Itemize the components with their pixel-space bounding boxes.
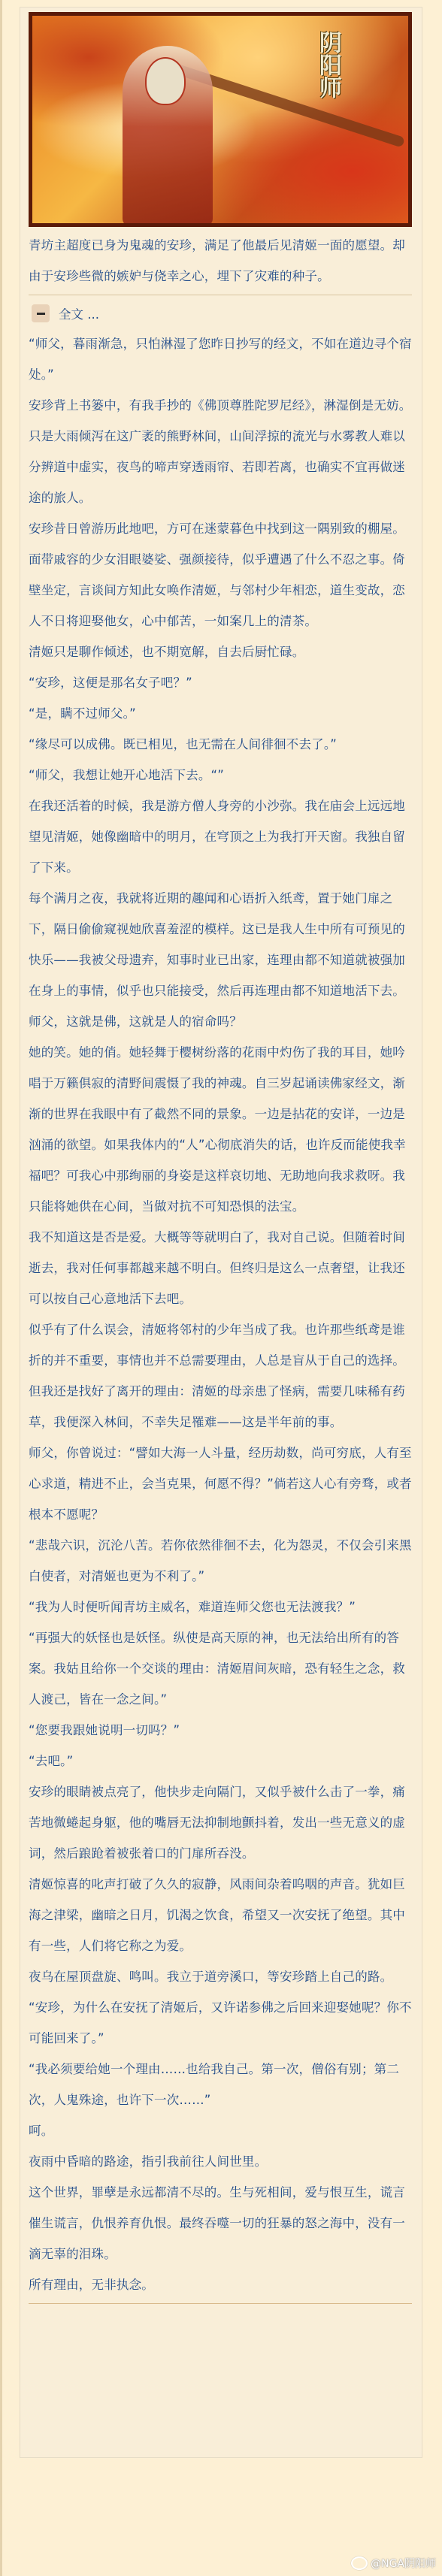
collapse-toggle-row[interactable]: 全文 ... (29, 300, 412, 327)
watermark-text: @NGA阴阳师 (371, 2556, 436, 2571)
article-paragraph: “安珍，为什么在安抚了清姬后，又许诺参佛之后回来迎娶她呢？你不可能回来了。” (29, 1992, 412, 2054)
article-paragraph: “我必须要给她一个理由……也给我自己。第一次，僧俗有别；第二次，人鬼殊途，也许下… (29, 2054, 412, 2115)
intro-summary: 青坊主超度已身为鬼魂的安珍，满足了他最后见清姬一面的愿望。却由于安珍些微的嫉妒与… (29, 230, 412, 292)
article-paragraph: 安珍的眼睛被点亮了，他快步走向隔门，又似乎被什么击了一拳，痛苦地微蜷起身躯，他的… (29, 1776, 412, 1869)
article-paragraph: “缘尽可以成佛。既已相见，也无需在人间徘徊不去了。” (29, 729, 412, 760)
article-paragraph: “再强大的妖怪也是妖怪。纵使是高天原的神，也无法给出所有的答案。我姑且给你一个交… (29, 1622, 412, 1715)
full-article-body: “师父，暮雨渐急，只怕淋湿了您昨日抄写的经文，不如在道边寻个宿处。”安珍背上书篓… (29, 328, 412, 2300)
onmyoji-logo: 阴阳师 (313, 31, 341, 98)
article-paragraph: “师父，暮雨渐急，只怕淋湿了您昨日抄写的经文，不如在道边寻个宿处。” (29, 328, 412, 390)
intro-paragraph: 青坊主超度已身为鬼魂的安珍，满足了他最后见清姬一面的愿望。却由于安珍些微的嫉妒与… (29, 230, 412, 292)
article-paragraph: 安珍背上书篓中，有我手抄的《佛顶尊胜陀罗尼经》，淋湿倒是无妨。只是大雨倾泻在这广… (29, 390, 412, 513)
article-paragraph: 在我还活着的时候，我是游方僧人身旁的小沙弥。我在庙会上远远地望见清姬，她像幽暗中… (29, 791, 412, 883)
banner-fox-mask-shape (145, 57, 186, 105)
article-paragraph: “您要我跟她说明一切吗？” (29, 1715, 412, 1746)
article-paragraph: 似乎有了什么误会，清姬将邻村的少年当成了我。也许那些纸鸢是谁折的并不重要，事情也… (29, 1314, 412, 1376)
minus-icon (37, 313, 45, 315)
weibo-icon (351, 2556, 368, 2570)
article-paragraph: 夜乌在屋顶盘旋、鸣叫。我立于道旁溪口，等安珍踏上自己的路。 (29, 1961, 412, 1992)
article-paragraph: 安珍昔日曾游历此地吧，方可在迷蒙暮色中找到这一隅别致的棚屋。面带戚容的少女泪眼婆… (29, 513, 412, 636)
article-paragraph: “去吧。” (29, 1746, 412, 1776)
article-paragraph: 但我还是找好了离开的理由：清姬的母亲患了怪病，需要几味稀有药草，我便深入林间，不… (29, 1376, 412, 1438)
article-paragraph: “安珍，这便是那名女子吧？” (29, 667, 412, 698)
article-paragraph: 她的笑。她的俏。她轻舞于樱树纷落的花雨中灼伤了我的耳目，她吟唱于万籁俱寂的清野间… (29, 1037, 412, 1222)
article-paragraph: “师父，我想让她开心地活下去。“” (29, 760, 412, 791)
watermark: @NGA阴阳师 (351, 2556, 436, 2571)
article-paragraph: 每个满月之夜，我就将近期的趣闻和心语折入纸鸢，置于她门扉之下，隔日偷偷窥视她欣喜… (29, 883, 412, 1037)
article-paragraph: 清姬只是聊作倾述，也不期宽解，自去后厨忙碌。 (29, 636, 412, 667)
collapse-label[interactable]: 全文 ... (59, 304, 99, 322)
article-paragraph: 师父，你曾说过：“譬如大海一人斗量，经历劫数，尚可穷底，人有至心求道，精进不止，… (29, 1438, 412, 1530)
banner-image: 阴阳师 (29, 12, 412, 227)
article-paragraph: 呵。 (29, 2115, 412, 2146)
left-border-strip (0, 0, 2, 2576)
collapse-button[interactable] (32, 304, 50, 322)
bottom-divider (29, 2303, 412, 2304)
article-paragraph: 这个世界，罪孽是永远都清不尽的。生与死相间，爱与恨互生，谎言催生谎言，仇恨养育仇… (29, 2177, 412, 2269)
article-paragraph: “我为人时便听闻青坊主威名，难道连师父您也无法渡我？” (29, 1592, 412, 1622)
article-paragraph: 清姬惊喜的叱声打破了久久的寂静，风雨间杂着呜咽的声音。犹如巨海之津梁，幽暗之日月… (29, 1869, 412, 1961)
article-paragraph: “是，瞒不过师父。” (29, 698, 412, 729)
article-paragraph: “悲哉六识，沉沦八苦。若你依然徘徊不去，化为怨灵，不仅会引来黑白使者，对清姬也更… (29, 1530, 412, 1592)
article-paragraph: 所有理由，无非执念。 (29, 2269, 412, 2300)
article-paragraph: 夜雨中昏暗的路途，指引我前往人间世里。 (29, 2146, 412, 2177)
divider (29, 295, 412, 295)
post-content: 阴阳师 青坊主超度已身为鬼魂的安珍，满足了他最后见清姬一面的愿望。却由于安珍些微… (29, 12, 412, 2304)
article-paragraph: 我不知道这是否是爱。大概等等就明白了，我对自己说。但随着时间逝去，我对任何事都越… (29, 1222, 412, 1314)
